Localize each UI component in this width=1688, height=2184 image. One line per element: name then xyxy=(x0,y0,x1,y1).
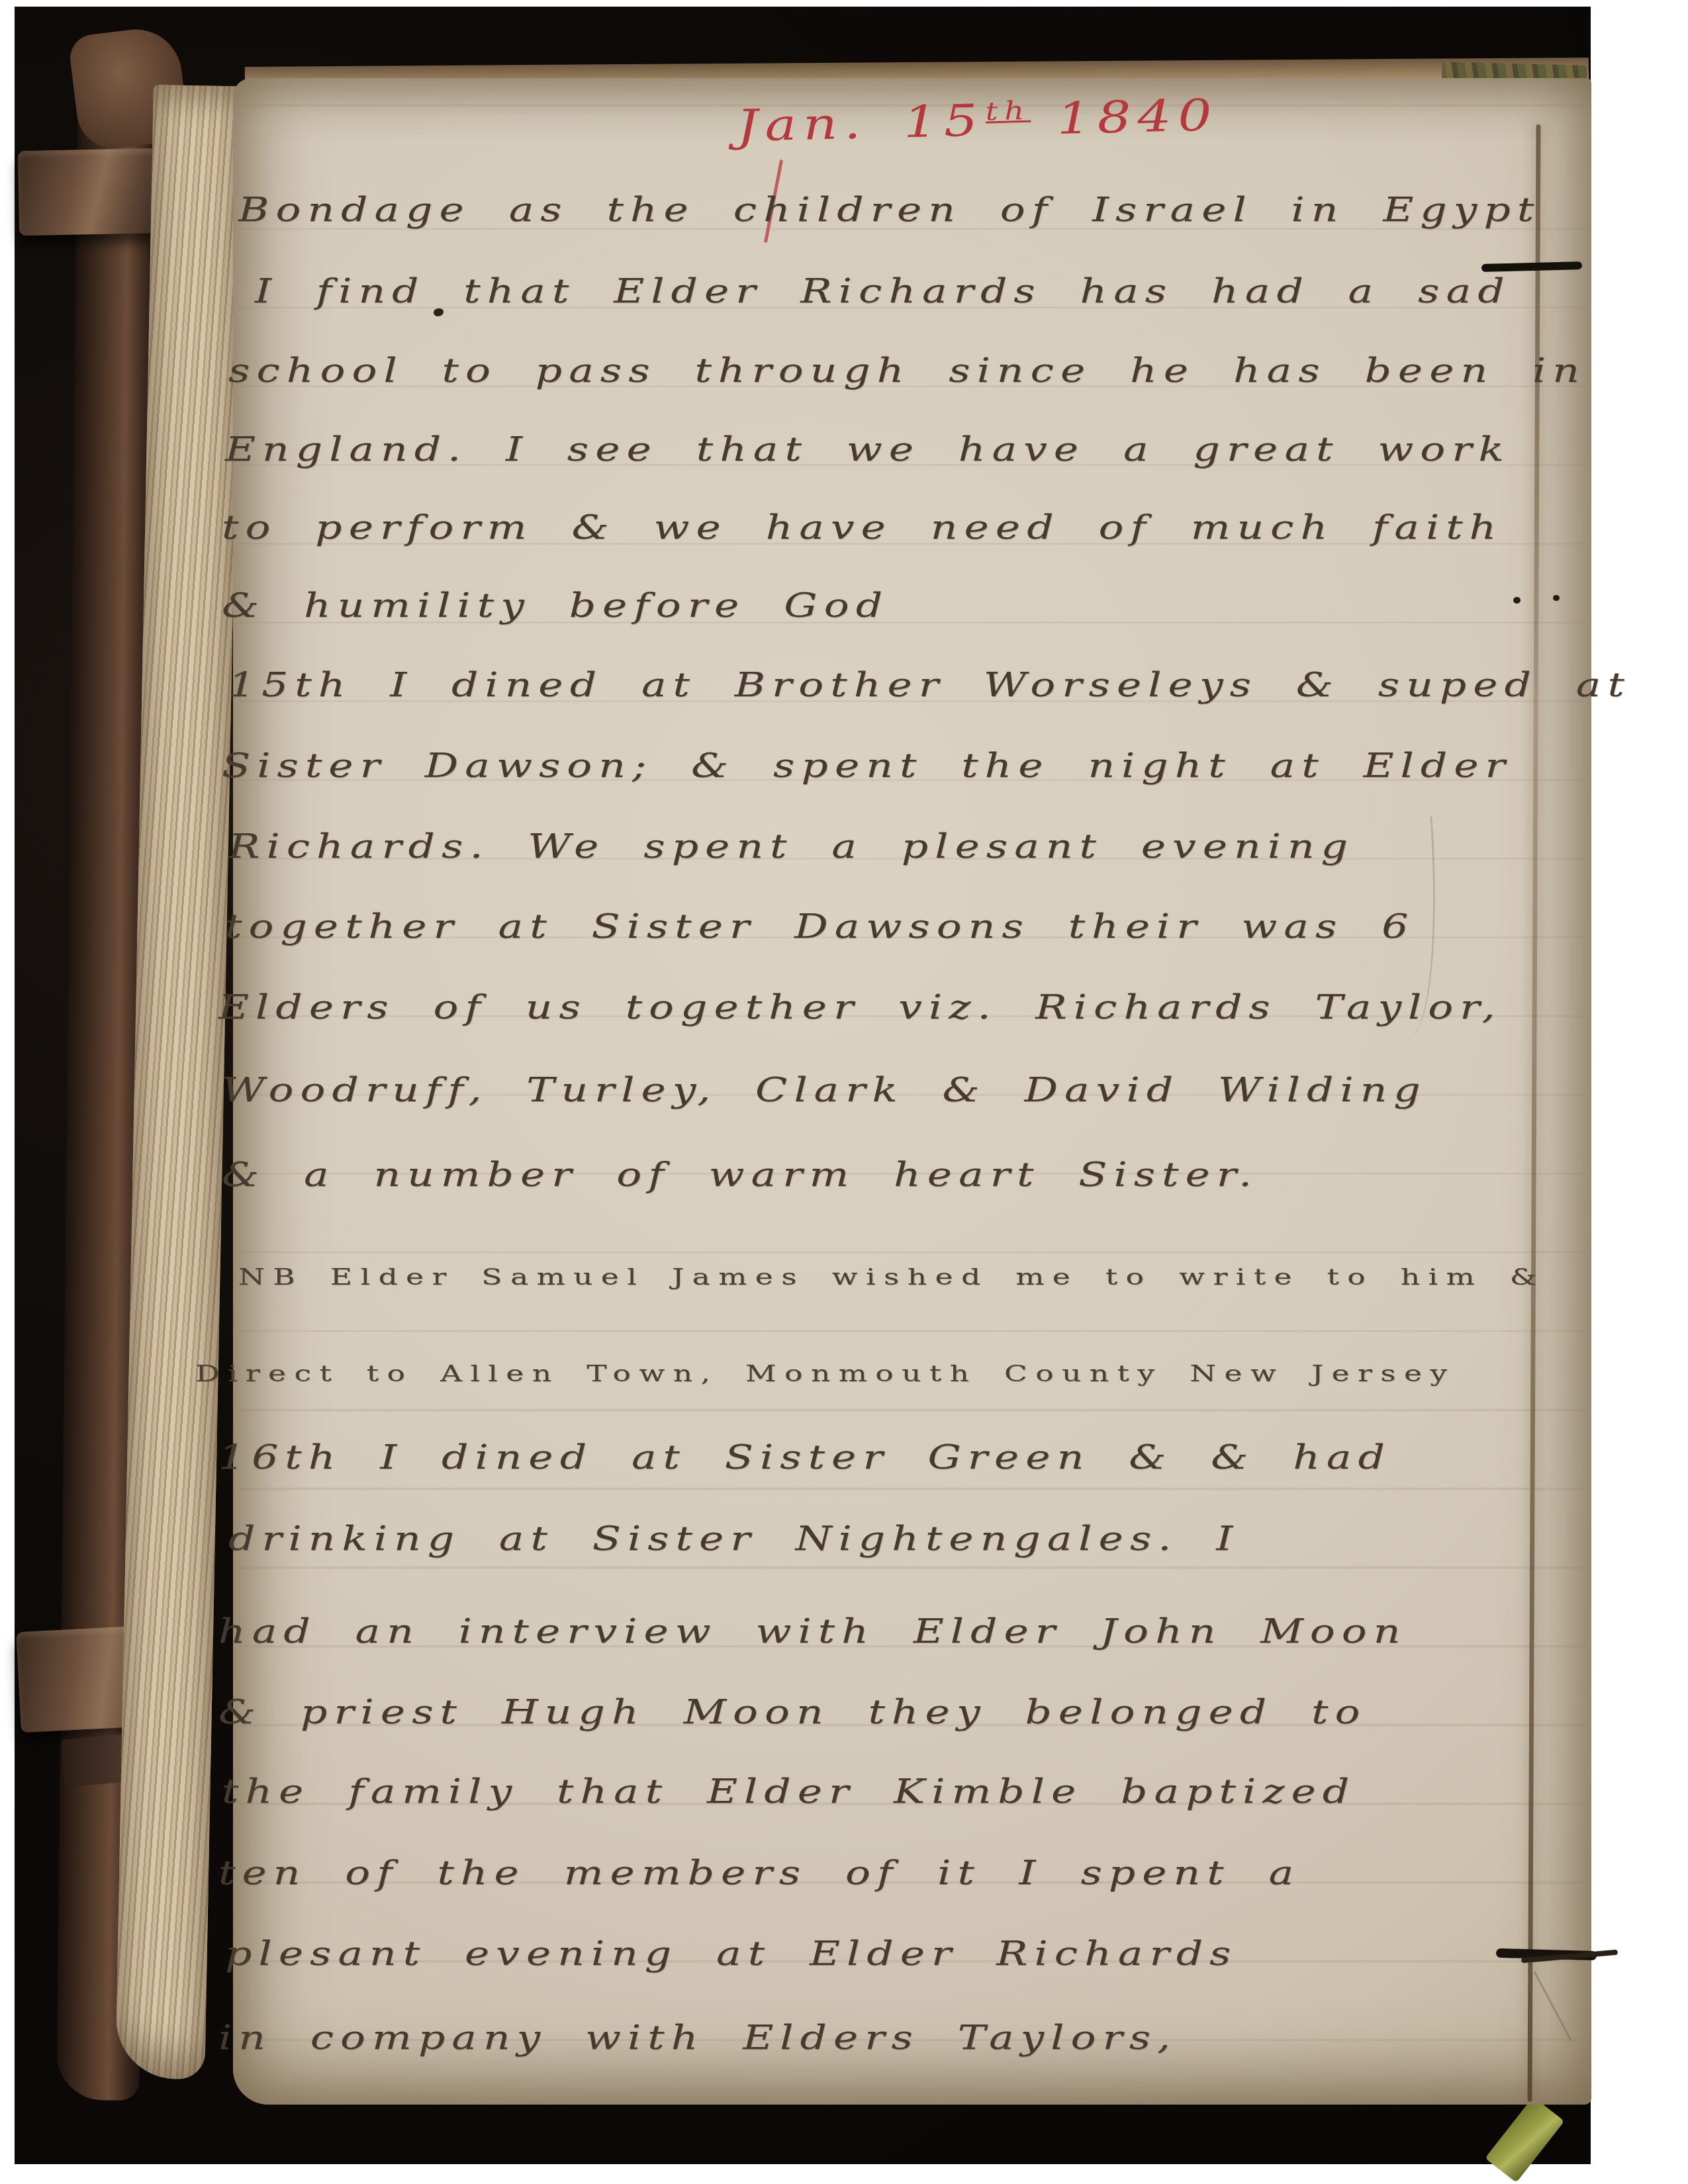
journal-line: to perform & we have need of much faith xyxy=(222,510,1503,546)
journal-line: drinking at Sister Nightengales. I xyxy=(228,1521,1239,1557)
journal-line: & humility before God xyxy=(222,588,889,624)
journal-line: I find that Elder Richards has had a sad xyxy=(255,273,1511,310)
journal-note-line: NB Elder Samuel James wished me to write… xyxy=(238,1265,1545,1289)
date-heading: Jan. 15th1840 xyxy=(736,93,1219,148)
date-month-day: Jan. 15 xyxy=(736,95,985,152)
binding-stitch-dot xyxy=(1553,595,1560,601)
journal-line: & priest Hugh Moon they belonged to xyxy=(218,1694,1366,1731)
journal-line: England. I see that we have a great work xyxy=(225,432,1511,468)
scanned-journal-photo: Jan. 15th1840 Bondage as the children of… xyxy=(0,0,1688,2184)
binding-stitch-dot xyxy=(1513,597,1521,604)
journal-line: together at Sister Dawsons their was 6 xyxy=(225,909,1415,945)
journal-line: plesant evening at Elder Richards xyxy=(225,1936,1237,1972)
journal-note-line: Direct to Allen Town, Monmouth County Ne… xyxy=(195,1362,1455,1386)
journal-line: school to pass through since he has been… xyxy=(228,353,1586,389)
journal-line: 16th I dined at Sister Green & & had xyxy=(218,1439,1391,1476)
journal-line: & a number of warm heart Sister. xyxy=(222,1157,1258,1193)
journal-line: 15th I dined at Brother Worseleys & supe… xyxy=(228,667,1631,704)
date-year: 1840 xyxy=(1056,89,1219,144)
journal-line: Sister Dawson; & spent the night at Elde… xyxy=(222,748,1512,784)
journal-line: Richards. We spent a plesant evening xyxy=(228,829,1354,865)
journal-line: the family that Elder Kimble baptized xyxy=(222,1774,1356,1810)
journal-line: in company with Elders Taylors, xyxy=(218,2020,1177,2056)
journal-line: ten of the members of it I spent a xyxy=(218,1855,1300,1891)
journal-line: Elders of us together viz. Richards Tayl… xyxy=(218,989,1502,1026)
spine-strap-top xyxy=(18,148,164,236)
journal-line: Bondage as the children of Israel in Egy… xyxy=(238,192,1540,228)
journal-line: had an interview with Elder John Moon xyxy=(218,1614,1407,1650)
journal-line: Woodruff, Turley, Clark & David Wilding xyxy=(222,1072,1427,1109)
date-ordinal-suffix: th xyxy=(985,96,1031,127)
